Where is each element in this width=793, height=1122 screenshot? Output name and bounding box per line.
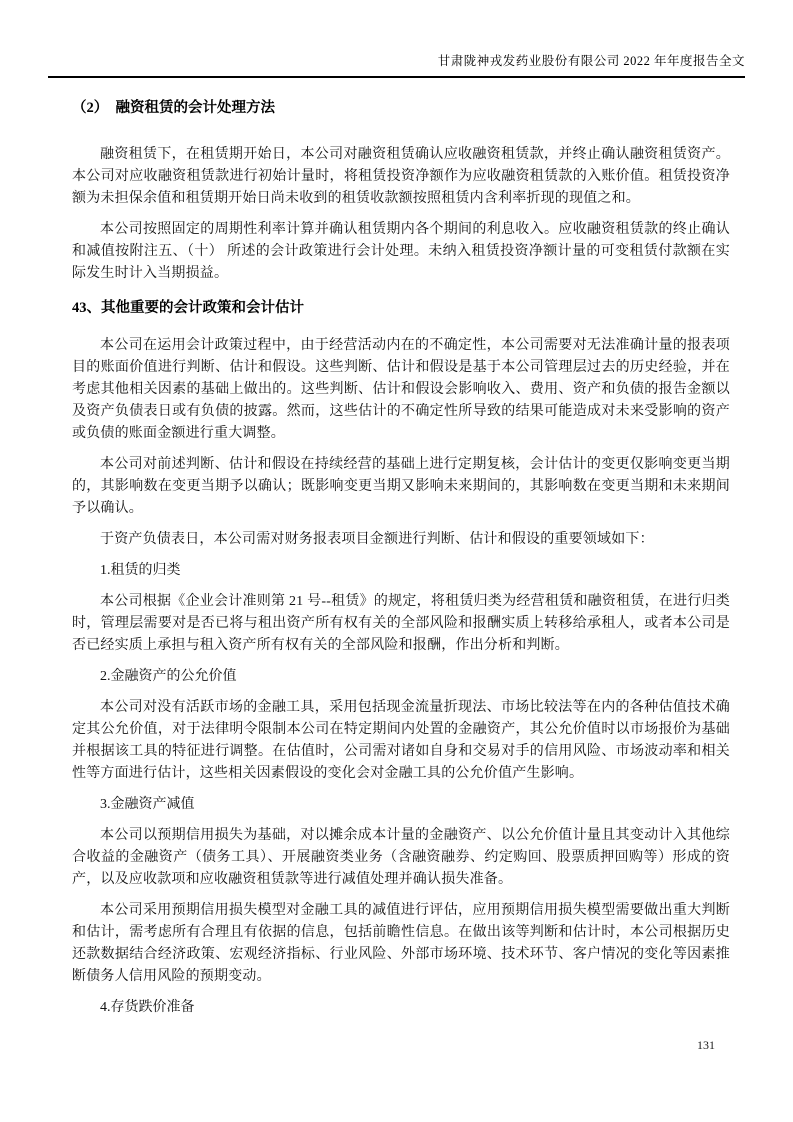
subitem-title-financial-asset-impairment: 3.金融资产减值 (72, 794, 730, 816)
paragraph-other-policies-intro-2: 本公司对前述判断、估计和假设在持续经营的基础上进行定期复核，会计估计的变更仅影响… (72, 454, 730, 520)
header-title: 甘肃陇神戎发药业股份有限公司 2022 年年度报告全文 (438, 54, 745, 68)
paragraph-financial-asset-fair-value: 本公司对没有活跃市场的金融工具，采用包括现金流量折现法、市场比较法等在内的各种估… (72, 697, 730, 785)
heading-other-accounting-policies: 43、其他重要的会计政策和会计估计 (72, 298, 730, 318)
paragraph-other-policies-intro-3: 于资产负债表日，本公司需对财务报表项目金额进行判断、估计和假设的重要领域如下： (72, 529, 730, 551)
subitem-title-financial-asset-fair-value: 2.金融资产的公允价值 (72, 666, 730, 688)
paragraph-financial-asset-impairment-2: 本公司采用预期信用损失模型对金融工具的减值进行评估，应用预期信用损失模型需要做出… (72, 900, 730, 988)
report-page: 甘肃陇神戎发药业股份有限公司 2022 年年度报告全文 （2） 融资租赁的会计处… (0, 0, 793, 1122)
paragraph-lease-classification: 本公司根据《企业会计准则第 21 号--租赁》的规定，将租赁归类为经营租赁和融资… (72, 591, 730, 657)
subitem-title-lease-classification: 1.租赁的归类 (72, 560, 730, 582)
page-header: 甘肃陇神戎发药业股份有限公司 2022 年年度报告全文 (48, 0, 745, 78)
paragraph-other-policies-intro-1: 本公司在运用会计政策过程中，由于经营活动内在的不确定性，本公司需要对无法准确计量… (72, 335, 730, 445)
paragraph-financing-lease-2: 本公司按照固定的周期性利率计算并确认租赁期内各个期间的利息收入。应收融资租赁款的… (72, 219, 730, 285)
paragraph-financing-lease-1: 融资租赁下，在租赁期开始日，本公司对融资租赁确认应收融资租赁款，并终止确认融资租… (72, 144, 730, 210)
heading-financing-lease-accounting: （2） 融资租赁的会计处理方法 (72, 98, 730, 118)
subitem-title-inventory-write-down: 4.存货跌价准备 (72, 997, 730, 1019)
paragraph-financial-asset-impairment-1: 本公司以预期信用损失为基础，对以摊余成本计量的金融资产、以公允价值计量且其变动计… (72, 825, 730, 891)
page-number: 131 (697, 1038, 715, 1053)
page-content: （2） 融资租赁的会计处理方法 融资租赁下，在租赁期开始日，本公司对融资租赁确认… (0, 98, 793, 1019)
